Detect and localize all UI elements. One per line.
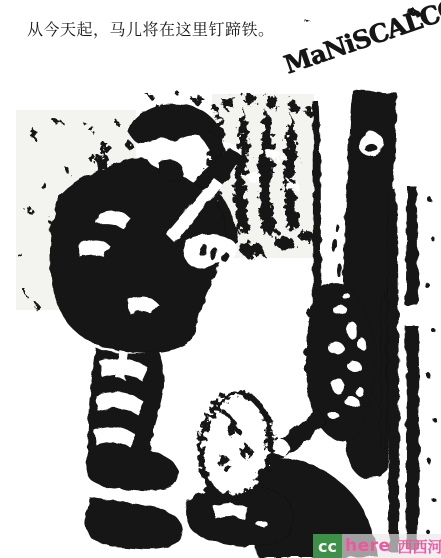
watermark-cc-badge: cc <box>313 534 342 558</box>
site-watermark: cc here 西西河 <box>313 534 441 558</box>
cartoon-illustration <box>0 0 441 558</box>
crouching-knee-fur <box>200 392 270 497</box>
figure-boot-lower <box>86 498 183 549</box>
wall-board-thin <box>380 292 387 448</box>
watermark-strip: here 西西河 <box>342 534 441 558</box>
caption-text: 从今天起，马儿将在这里钉蹄铁。 <box>27 21 275 39</box>
cartoon-page: 从今天起，马儿将在这里钉蹄铁。 MaNiSCALCO cc here 西西河 <box>0 0 441 558</box>
wall-board-a <box>388 190 400 552</box>
watermark-site-label: 西西河 <box>398 536 441 557</box>
figure-boot-upper <box>86 440 178 491</box>
watermark-here-label: here <box>345 536 391 556</box>
wall-board-b <box>406 186 420 548</box>
figure-hand <box>183 234 237 268</box>
